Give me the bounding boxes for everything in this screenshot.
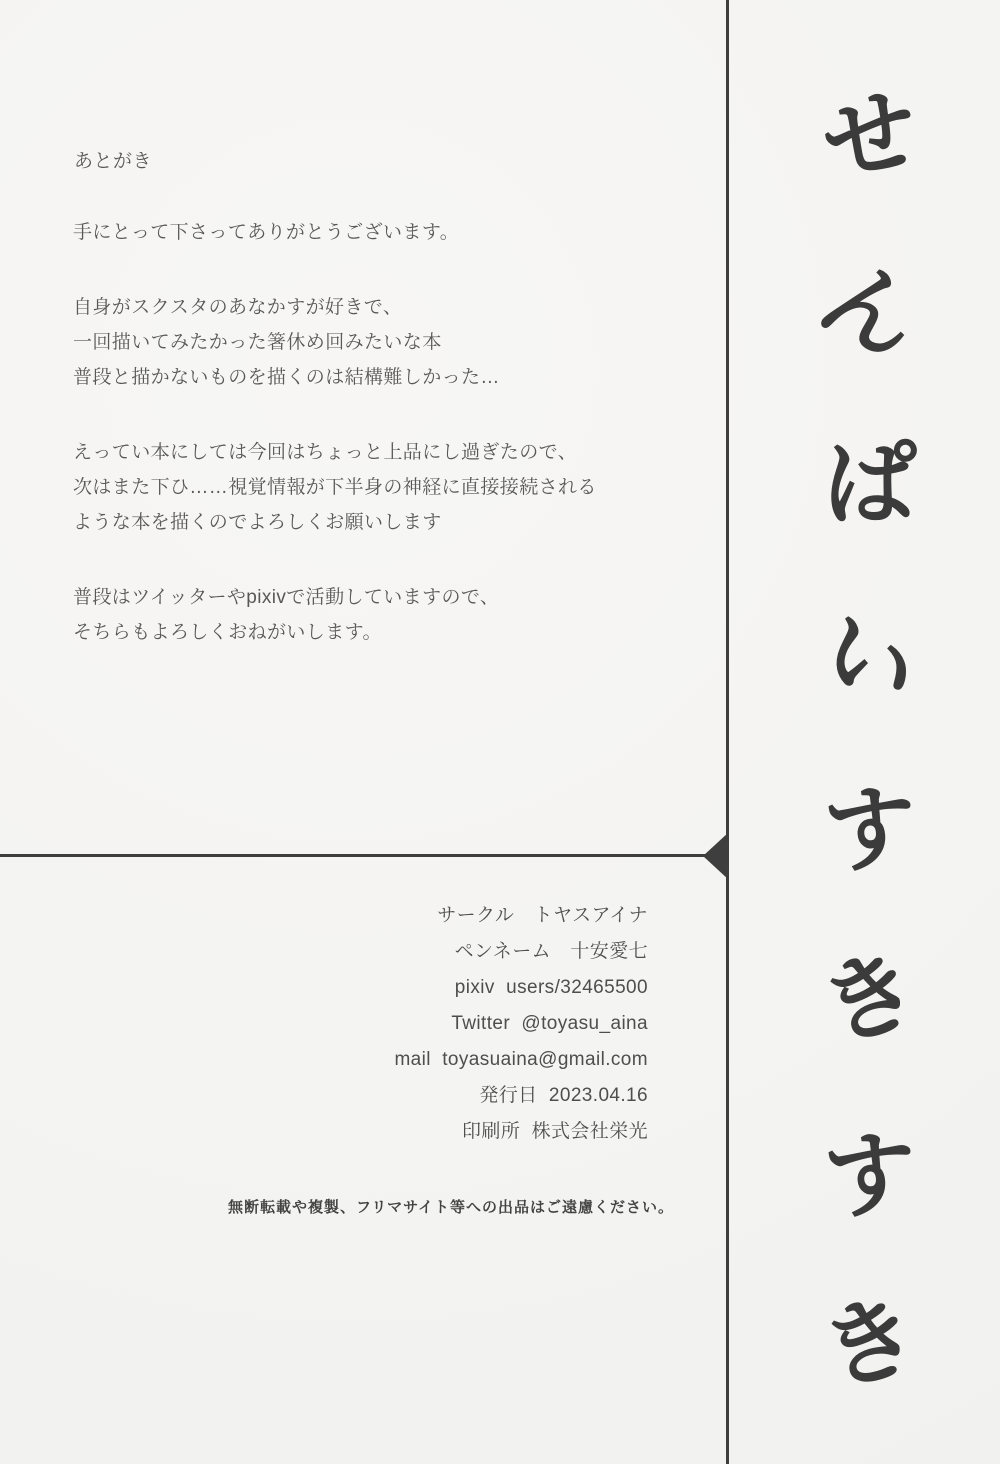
colophon-line-penname: ペンネーム 十安愛七	[394, 934, 648, 970]
afterword-line: 手にとって下さってありがとうございます。	[73, 215, 459, 250]
colophon-line-twitter: Twitter @toyasu_aina	[394, 1006, 648, 1042]
colophon-line-pixiv: pixiv users/32465500	[394, 970, 648, 1006]
afterword-line: 次はまた下ひ……視覚情報が下半身の神経に直接接続される	[73, 470, 597, 505]
vertical-title-char: き	[805, 935, 936, 1061]
vertical-title-char: い	[803, 597, 937, 727]
divider-triangle-marker	[703, 832, 729, 880]
reproduction-notice: 無断転載や複製、フリマサイト等への出品はご遠慮ください。	[228, 1196, 674, 1217]
colophon-line-circle: サークル トヤスアイナ	[394, 898, 648, 934]
afterword-paragraph: 自身がスクスタのあなかすが好きで、 一回描いてみたかった箸休め回みたいな本 普段…	[73, 290, 500, 395]
afterword-paragraph: 手にとって下さってありがとうございます。	[73, 215, 459, 250]
afterword-line: ような本を描くのでよろしくお願いします	[73, 505, 597, 540]
afterword-line: そちらもよろしくおねがいします。	[73, 615, 499, 650]
vertical-title-char: ん	[802, 244, 938, 376]
afterword-paragraph: えってい本にしては今回はちょっと上品にし過ぎたので、 次はまた下ひ……視覚情報が…	[73, 435, 597, 540]
section-divider-vertical	[726, 0, 729, 1464]
vertical-book-title: せ ん ぱ い す き す き	[818, 0, 922, 1464]
afterword-line: 一回描いてみたかった箸休め回みたいな本	[73, 325, 500, 360]
vertical-title-char: す	[815, 778, 925, 881]
afterword-line: えってい本にしては今回はちょっと上品にし過ぎたので、	[73, 435, 597, 470]
colophon-line-mail: mail toyasuaina@gmail.com	[394, 1042, 648, 1078]
colophon-section: サークル トヤスアイナ ペンネーム 十安愛七 pixiv users/32465…	[394, 898, 648, 1150]
afterword-title: あとがき	[74, 150, 152, 174]
vertical-title-char: す	[815, 1124, 925, 1227]
colophon-line-printer: 印刷所 株式会社栄光	[394, 1114, 648, 1150]
afterword-line: 普段と描かないものを描くのは結構難しかった…	[73, 360, 500, 395]
afterword-paragraph: 普段はツイッターやpixivで活動していますので、 そちらもよろしくおねがいしま…	[73, 580, 499, 650]
scanned-page: あとがき 手にとって下さってありがとうございます。 自身がスクスタのあなかすが好…	[0, 0, 1000, 1464]
vertical-title-char: き	[807, 1283, 933, 1404]
vertical-title-char: ぱ	[816, 434, 923, 534]
colophon-line-pubdate: 発行日 2023.04.16	[394, 1078, 648, 1114]
afterword-line: 普段はツイッターやpixivで活動していますので、	[73, 580, 499, 615]
afterword-line: 自身がスクスタのあなかすが好きで、	[73, 290, 500, 325]
section-divider-horizontal	[0, 854, 706, 857]
vertical-title-char: せ	[810, 80, 929, 193]
